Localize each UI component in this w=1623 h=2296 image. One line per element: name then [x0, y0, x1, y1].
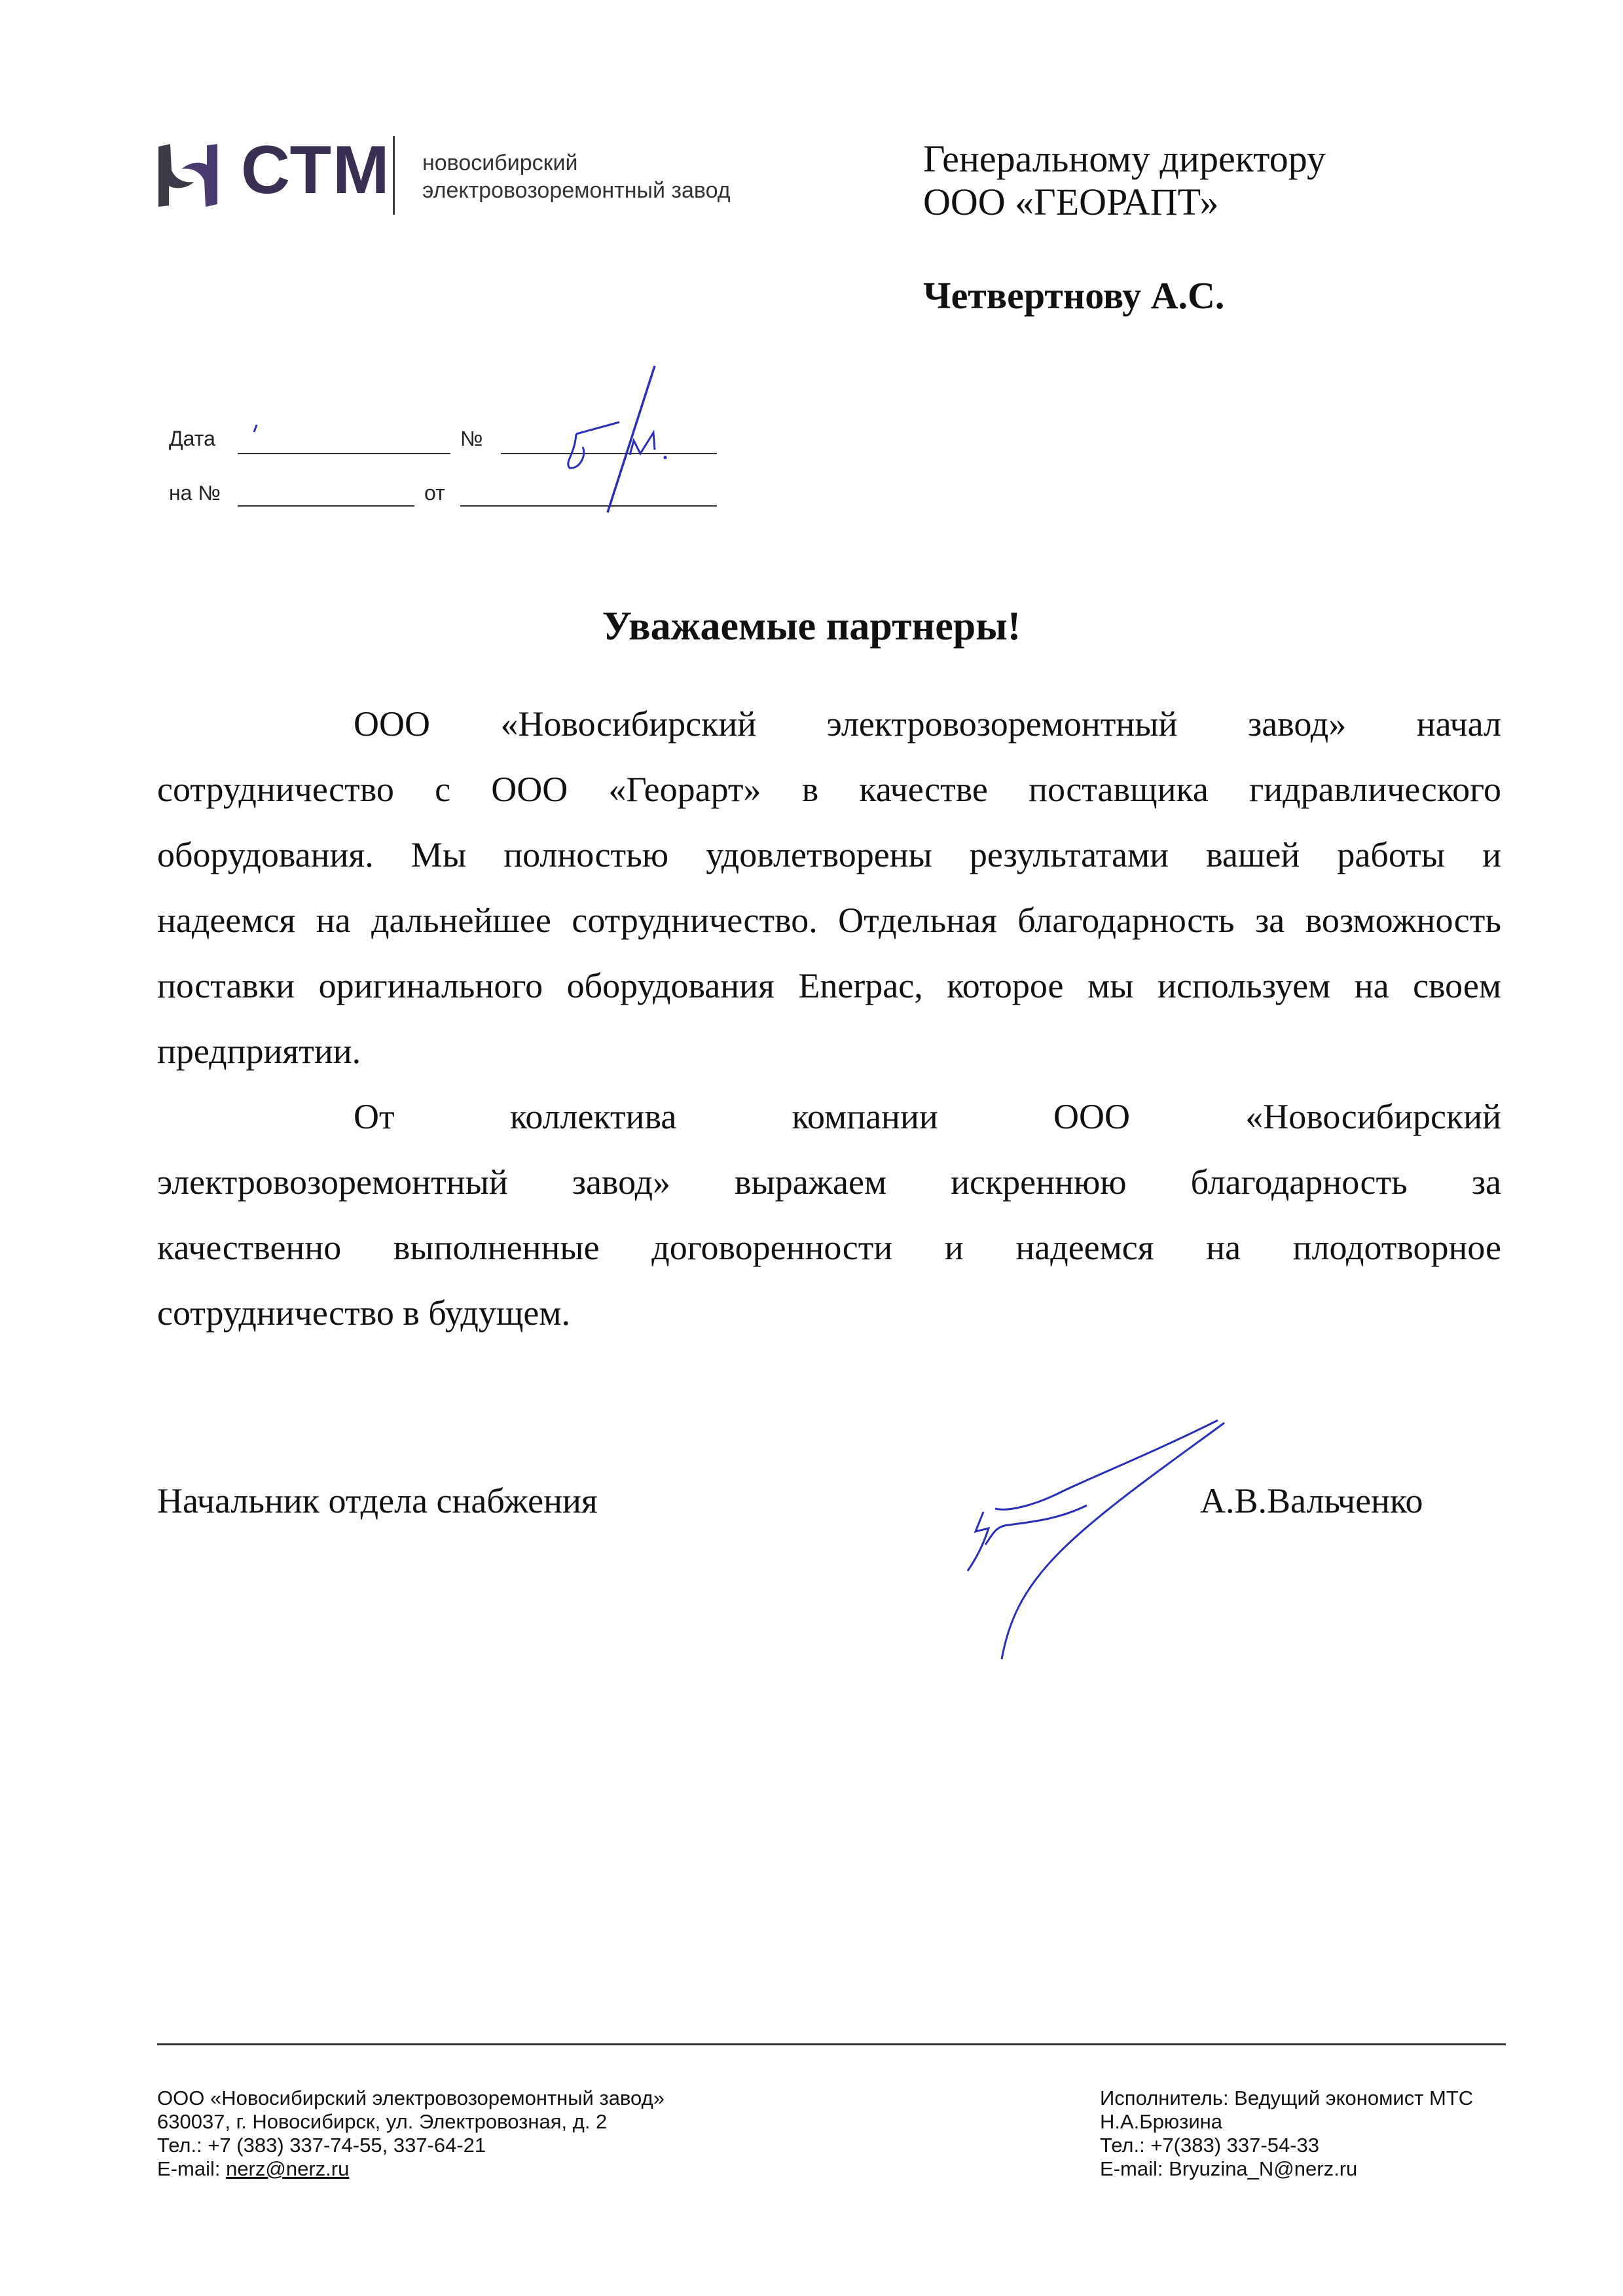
footer-executor-position: Исполнитель: Ведущий экономист МТС	[1100, 2087, 1473, 2110]
tagline-line-2: электровозоремонтный завод	[422, 177, 731, 204]
paragraph-line: электровозоремонтный завод» выражаем иск…	[157, 1149, 1501, 1215]
signatory-name: А.В.Вальченко	[1200, 1480, 1423, 1521]
handwritten-signature-icon	[812, 1414, 1231, 1666]
recipient-position: Генеральному директору	[923, 137, 1326, 181]
footer-executor-phone: Тел.: +7(383) 337-54-33	[1100, 2134, 1473, 2157]
footer-email-row: E-mail: nerz@nerz.ru	[157, 2157, 665, 2181]
signatory-position: Начальник отдела снабжения	[157, 1480, 598, 1521]
paragraph-line: сотрудничество с ООО «Георарт» в качеств…	[157, 757, 1501, 822]
footer-company-contacts: ООО «Новосибирский электровозоремонтный …	[157, 2087, 665, 2181]
company-logo-mark-icon	[156, 143, 220, 208]
reply-number-field-line	[238, 505, 414, 507]
date-field-line	[238, 453, 450, 454]
letter-paragraph-1: ООО «Новосибирский электровозоремонтный …	[157, 691, 1501, 1084]
footer-company-name: ООО «Новосибирский электровозоремонтный …	[157, 2087, 665, 2110]
footer-phone: Тел.: +7 (383) 337-74-55, 337-64-21	[157, 2134, 665, 2157]
paragraph-line: От коллектива компании ООО «Новосибирски…	[157, 1084, 1501, 1149]
footer-executor-email: E-mail: Bryuzina_N@nerz.ru	[1100, 2157, 1473, 2181]
handwritten-tick-icon	[252, 424, 259, 437]
tagline-line-1: новосибирский	[422, 149, 731, 177]
paragraph-line: предприятии.	[157, 1018, 1501, 1084]
from-label: от	[424, 481, 445, 505]
footer-divider	[157, 2043, 1506, 2045]
paragraph-line: качественно выполненные договоренности и…	[157, 1215, 1501, 1280]
footer-executor-name: Н.А.Брюзина	[1100, 2110, 1473, 2134]
footer-executor-contacts: Исполнитель: Ведущий экономист МТС Н.А.Б…	[1100, 2087, 1473, 2181]
recipient-company: ООО «ГЕОРАПТ»	[923, 181, 1326, 224]
paragraph-line: ООО «Новосибирский электровозоремонтный …	[157, 691, 1501, 757]
footer-email-link[interactable]: nerz@nerz.ru	[226, 2157, 349, 2180]
date-label: Дата	[169, 427, 215, 451]
recipient-block: Генеральному директору ООО «ГЕОРАПТ»	[923, 137, 1326, 224]
footer-email-label: E-mail:	[157, 2157, 226, 2180]
paragraph-line: надеемся на дальнейшее сотрудничество. О…	[157, 888, 1501, 953]
company-logo-text: СТМ	[241, 136, 391, 204]
paragraph-line: поставки оригинального оборудования Ener…	[157, 953, 1501, 1018]
number-label: №	[460, 427, 483, 451]
letter-greeting: Уважаемые партнеры!	[0, 603, 1623, 650]
logo-divider	[393, 136, 395, 215]
recipient-name: Четвертнову А.С.	[923, 274, 1224, 317]
company-tagline: новосибирский электровозоремонтный завод	[422, 149, 731, 204]
letter-paragraph-2: От коллектива компании ООО «Новосибирски…	[157, 1084, 1501, 1346]
paragraph-line: сотрудничество в будущем.	[157, 1280, 1501, 1346]
paragraph-line: оборудования. Мы полностью удовлетворены…	[157, 822, 1501, 888]
handwritten-registration-number: Б/ч.	[556, 363, 727, 530]
footer-address: 630037, г. Новосибирск, ул. Электровозна…	[157, 2110, 665, 2134]
reply-number-label: на №	[169, 481, 221, 505]
